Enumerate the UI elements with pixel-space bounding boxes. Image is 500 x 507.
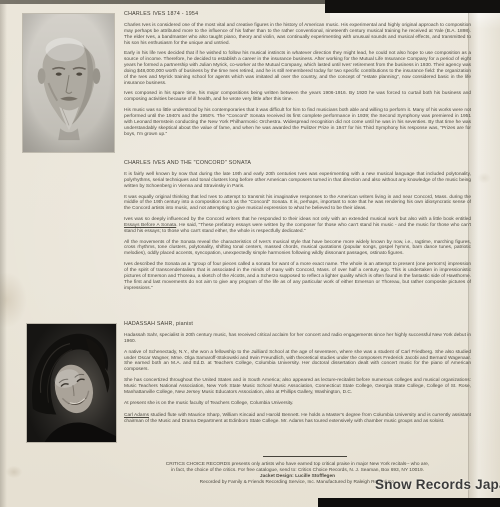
scan-edge-top	[0, 0, 335, 4]
sahr-paragraph-4: At present she is on the music faculty o…	[124, 401, 471, 407]
concord-paragraph-5: Ives described the Sonata as a "group of…	[124, 262, 471, 291]
concord-paragraph-2: It was equally original thinking that le…	[124, 195, 471, 213]
sahr-paragraph-1: Hadassah Sahr, specialist in 20th centur…	[124, 333, 471, 345]
hadassah-sahr-portrait-art	[27, 324, 116, 442]
scan-edge-bottom-right	[318, 498, 500, 507]
sahr-paragraph-3: She has concertized throughout the Unite…	[124, 378, 471, 396]
watermark-snow-records-japan: Snow Records Japan	[375, 477, 500, 492]
sahr-heading: HADASSAH SAHR, pianist	[124, 321, 471, 327]
concord-paragraph-4: All the movements of the Sonata reveal t…	[124, 240, 471, 258]
charles-ives-photo	[22, 13, 115, 153]
essays-post: . He said, "These prefatory essays were …	[124, 223, 471, 234]
album-back-cover: CHARLES IVES 1874 - 1954 Charles Ives is…	[0, 0, 500, 507]
ives-paragraph-2: Early in his life Ives decided that if h…	[124, 51, 471, 86]
scan-edge-left	[0, 0, 7, 507]
essays-book-title: Essays Before A Sonata	[124, 223, 176, 228]
ives-heading: CHARLES IVES 1874 - 1954	[124, 11, 471, 17]
concord-paragraph-1: It is fairly well known by now that duri…	[124, 172, 471, 190]
charles-ives-portrait-art	[23, 14, 114, 152]
section-hadassah-sahr: HADASSAH SAHR, pianist Hadassah Sahr, sp…	[124, 321, 471, 430]
ives-paragraph-3: Ives composed in his spare time, his maj…	[124, 91, 471, 103]
carl-adams-name: Carl Adams	[124, 413, 149, 418]
sahr-paragraph-2: A native of Schenectady, N.Y., she won a…	[124, 350, 471, 373]
credits-line-2: in fact, the choice of the critics. For …	[124, 468, 471, 474]
carl-adams-bio: studied flute with Maurice Sharp, Willia…	[124, 413, 471, 424]
section-charles-ives: CHARLES IVES 1874 - 1954 Charles Ives is…	[124, 11, 471, 142]
hadassah-sahr-photo	[26, 323, 117, 443]
footer-divider	[263, 456, 347, 457]
section-concord-sonata: CHARLES IVES AND THE "CONCORD" SONATA It…	[124, 160, 471, 296]
essays-pre: Ives was so deeply influenced by the Con…	[124, 217, 471, 222]
carl-adams-paragraph: Carl Adams studied flute with Maurice Sh…	[124, 413, 471, 425]
concord-heading: CHARLES IVES AND THE "CONCORD" SONATA	[124, 160, 471, 166]
jacket-fold-crease	[468, 13, 500, 498]
concord-paragraph-3: Ives was so deeply influenced by the Con…	[124, 217, 471, 235]
ives-paragraph-1: Charles Ives is considered one of the mo…	[124, 23, 471, 46]
ives-paragraph-4: His music was so little understood by hi…	[124, 108, 471, 137]
